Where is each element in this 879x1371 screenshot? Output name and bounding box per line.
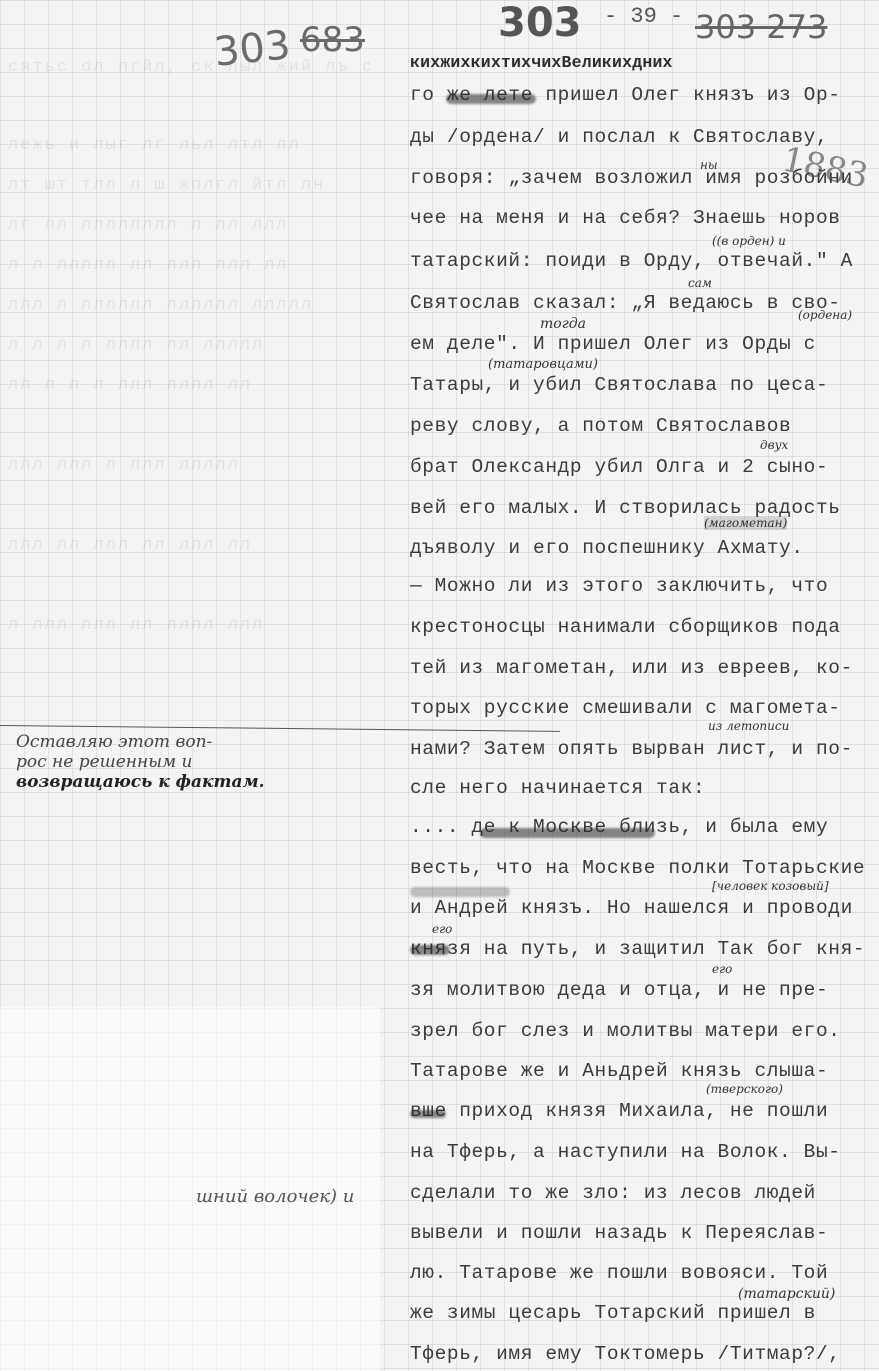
margin-note-left: Оставляю этот воп- рос не решенным и воз…	[16, 732, 346, 792]
typed-line: князя на путь, и защитил Так бог кня-	[410, 938, 865, 960]
handwritten-annotation: тогда	[540, 316, 586, 332]
margin-divider-line	[0, 725, 560, 732]
handwritten-annotation: его	[432, 922, 452, 936]
typed-line: зя молитвою деда и отца, и не пре-	[410, 979, 828, 1001]
margin-note-line: Оставляю этот воп-	[16, 732, 346, 752]
handwritten-annotation: (тверского)	[706, 1082, 783, 1096]
typed-line: Татары, и убил Святослава по цеса-	[410, 374, 828, 396]
typed-line: говоря: „зачем возложил имя розбойни	[410, 167, 853, 189]
typed-line: же зимы цесарь Тотарский пришел в	[410, 1302, 816, 1324]
page-number: - 39 -	[604, 4, 683, 29]
typed-line: Святослав сказал: „Я ведаюсь в сво-	[410, 292, 841, 314]
typed-line: ем деле". И пришел Олег из Орды с	[410, 333, 816, 355]
typed-line: вше приход князя Михаила, не пошли	[410, 1100, 828, 1122]
archive-number-struck: 683	[300, 20, 365, 60]
typed-line: ды /ордена/ и послал к Святославу,	[410, 126, 828, 148]
bleed-through-text: лг лл лллллллл л лл ллл	[8, 216, 378, 235]
margin-note-line: возвращаюсь к фактам.	[16, 772, 346, 792]
typed-line: сле него начинается так:	[410, 777, 705, 799]
ink-strike	[410, 1110, 446, 1118]
typed-line: реву слову, а потом Святославов	[410, 415, 791, 437]
handwritten-annotation: его	[712, 962, 732, 976]
document-page: сятьс ол пгйл, ск лыл жий лъ с лежь и лы…	[0, 0, 879, 1371]
typed-line: нами? Затем опять вырван лист, и по-	[410, 738, 853, 760]
typed-line: татарский: поиди в Орду, отвечай." А	[410, 250, 853, 272]
bleed-through-text: ллл лл ллл лл ллл лл	[8, 536, 378, 555]
typed-line: лю. Татарове же пошли вовояси. Той	[410, 1262, 828, 1284]
handwritten-annotation: (татаровцами)	[488, 357, 598, 372]
bleed-through-text: лежь и лыг лг льл лтл лл	[8, 136, 378, 155]
typed-line: на Тферь, а наступили на Волок. Вы-	[410, 1141, 841, 1163]
bleed-through-text: л л ллллл лл ллл ллл лл	[8, 256, 378, 275]
handwritten-annotation: (татарский)	[738, 1286, 835, 1302]
typed-line: весть, что на Москве полки Тотарьские	[410, 857, 865, 879]
margin-note-line: рос не решенным и	[16, 752, 346, 772]
handwritten-annotation: [человек козовый]	[712, 879, 829, 893]
typed-line: тей из магометан, или из евреев, ко-	[410, 657, 853, 679]
typed-line: чее на меня и на себя? Знаешь норов	[410, 207, 841, 229]
handwritten-annotation: из летописи	[708, 719, 789, 733]
ink-strike	[446, 94, 536, 104]
bleed-through-text: лл л л л ллл лллл лл	[8, 376, 378, 395]
bleed-through-text: ллл ллл л ллл ллллл	[8, 456, 378, 475]
typed-line: Татарове же и Аньдрей князь слыша-	[410, 1060, 828, 1082]
ink-strike	[410, 945, 450, 955]
handwritten-annotation: двух	[760, 438, 788, 452]
bleed-through-text: сятьс ол пгйл, ск лыл жий лъ с	[8, 58, 378, 77]
archive-number-right-struck: 303 273	[695, 8, 827, 46]
typed-line: кихжихкихтихчихВеликихдних	[410, 53, 673, 72]
handwritten-annotation: сам	[688, 276, 712, 290]
handwritten-annotation: ны	[700, 158, 718, 172]
margin-note-lower: шний волочек) и	[196, 1186, 354, 1207]
handwritten-annotation: (магометан)	[704, 516, 787, 530]
bleed-through-text: лт шт тлл л ш жплгл йтл лн	[8, 176, 378, 195]
bleed-through-text: ллл л лллллл лллллл ллллл	[8, 296, 378, 315]
archive-number-center: 303	[498, 0, 582, 46]
typed-line: — Можно ли из этого заключить, что	[410, 575, 828, 597]
bleed-through-text: л л л л лллл лл ллллл	[8, 336, 378, 355]
handwritten-annotation: ((в орден) и	[712, 234, 786, 248]
typed-line: брат Олександр убил Олга и 2 сыно-	[410, 456, 828, 478]
ink-strike	[480, 828, 655, 838]
typed-line: дъяволу и его поспешнику Ахмату.	[410, 537, 804, 559]
handwritten-annotation: (ордена)	[798, 308, 852, 322]
bleed-through-text: л ллл ллл лл лллл ллл	[8, 616, 378, 635]
typed-line: зрел бог слез и молитвы матери его.	[410, 1020, 841, 1042]
typed-line: Тферь, имя ему Токтомерь /Титмар?/,	[410, 1343, 841, 1365]
archive-number-left: 303	[212, 22, 293, 76]
ink-strike	[410, 887, 510, 897]
typed-line: торых русские смешивали с магомета-	[410, 697, 841, 719]
typed-line: и Андрей князъ. Но нашелся и проводи	[410, 897, 853, 919]
typed-line: вывели и пошли назадь к Переяслав-	[410, 1222, 828, 1244]
typed-line: сделали то же зло: из лесов людей	[410, 1182, 816, 1204]
typed-line: крестоносцы нанимали сборщиков пода	[410, 616, 841, 638]
